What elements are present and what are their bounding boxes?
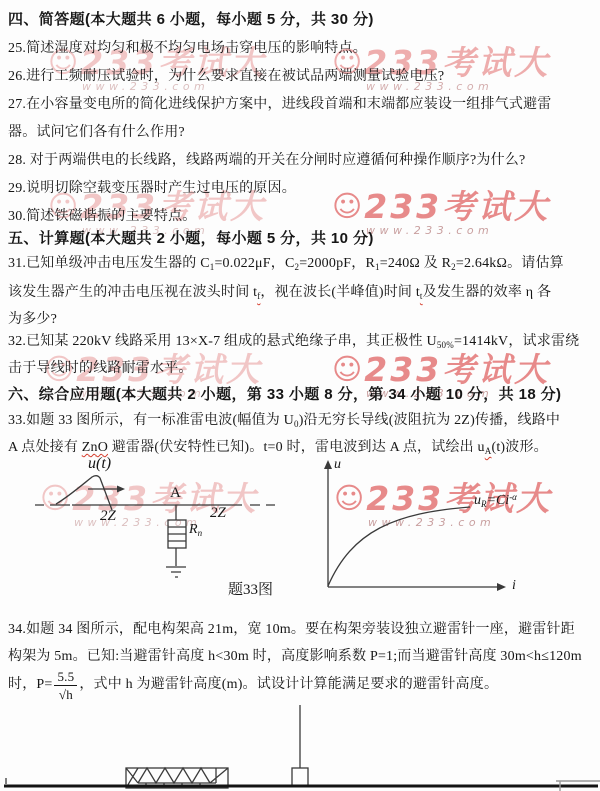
question-32-line-2: 击于导线时的线路耐雷水平。 bbox=[8, 357, 193, 377]
wave-label: u(t) bbox=[88, 455, 111, 473]
question-27-line-2: 器。试问它们各有什么作用? bbox=[8, 121, 185, 141]
arrester-resistor bbox=[168, 520, 186, 566]
question-33-line-2: A 点处接有 ZnO 避雷器(伏安特性已知)。t=0 时，雷电波到达 A 点，试… bbox=[8, 436, 548, 456]
watermark-brand: 233考试大 bbox=[364, 190, 550, 223]
question-25: 25.简述湿度对均匀和极不均匀电场击穿电压的影响特点。 bbox=[8, 37, 367, 57]
question-28: 28. 对于两端供电的长线路，线路两端的开关在分闸时应遵循何种操作顺序?为什么? bbox=[8, 149, 525, 169]
x-axis-label: i bbox=[512, 578, 516, 594]
figure-33-circuit-diagram bbox=[30, 453, 330, 608]
formula-suffix: ，式中 h 为避雷针高度(m)。试设计计算能满足要求的避雷针高度。 bbox=[79, 677, 498, 692]
figure-33-caption: 题33图 bbox=[228, 578, 273, 599]
curve-equation-label: uR=Ci-α bbox=[474, 492, 517, 509]
question-31-line-1: 31.已知单级冲击电压发生器的 C1=0.022μF，C2=2000pF，R1=… bbox=[8, 252, 564, 272]
y-axis-label: u bbox=[334, 457, 341, 473]
question-34-line-1: 34.如题 34 图所示，配电构架高 21m，宽 10m。要在构架旁装设独立避雷… bbox=[8, 618, 575, 638]
question-33-line-1: 33.如题 33 图所示，有一标准雷电波(幅值为 U0)沿无穷长导线(波阻抗为 … bbox=[8, 409, 560, 429]
question-27-line-1: 27.在小容量变电所的简化进线保护方案中，进线段首端和末端都应装设一组排气式避雷 bbox=[8, 93, 552, 113]
question-34-line-3: 时，P=5.5√h，式中 h 为避雷针高度(m)。试设计计算能满足要求的避雷针高… bbox=[8, 670, 498, 701]
formula-prefix: 时，P= bbox=[8, 677, 52, 692]
p-formula-fraction: 5.5√h bbox=[54, 670, 77, 701]
section-4-heading: 四、简答题(本大题共 6 小题，每小题 5 分，共 30 分) bbox=[8, 8, 374, 29]
section-5-heading: 五、计算题(本大题共 2 小题，每小题 5 分，共 10 分) bbox=[8, 227, 374, 248]
question-32-line-1: 32.已知某 220kV 线路采用 13×X-7 组成的悬式绝缘子串，其正极性 … bbox=[8, 330, 579, 350]
arrester-label: Rn bbox=[189, 522, 202, 538]
fraction-denominator: √h bbox=[54, 686, 77, 701]
impedance-right-label: 2Z bbox=[210, 505, 226, 522]
graph-axes bbox=[324, 460, 506, 591]
smiley-icon: ☺ bbox=[332, 355, 362, 384]
vi-curve bbox=[328, 507, 470, 586]
figure-33-graph bbox=[318, 455, 583, 600]
question-34-line-2: 构架为 5m。已知:当避雷针高度 h<30m 时，高度影响系数 P=1;而当避雷… bbox=[8, 645, 582, 665]
question-31-line-2: 该发生器产生的冲击电压视在波头时间 tf，视在波长(半峰值)时间 tt及发生器的… bbox=[8, 281, 551, 301]
smiley-icon: ☺ bbox=[332, 192, 362, 221]
figure-34-diagram bbox=[0, 700, 600, 791]
question-29: 29.说明切除空载变压器时产生过电压的原因。 bbox=[8, 177, 296, 197]
lightning-rod bbox=[292, 705, 308, 786]
question-30: 30.简述铁磁谐振的主要特点。 bbox=[8, 205, 197, 225]
question-31-line-3: 为多少? bbox=[8, 308, 57, 328]
watermark-brand: 233考试大 bbox=[364, 353, 550, 386]
ground-icon bbox=[166, 567, 186, 577]
node-a-label: A bbox=[170, 485, 181, 502]
section-6-heading: 六、综合应用题(本大题共 2 小题，第 33 小题 8 分，第 34 小题 10… bbox=[8, 383, 561, 404]
fraction-numerator: 5.5 bbox=[54, 670, 77, 686]
exam-paper-page: ☺233考试大 www.233.com ☺233考试大 www.233.com … bbox=[0, 0, 600, 791]
question-26: 26.进行工频耐压试验时，为什么要求直接在被试品两端测量试验电压? bbox=[8, 65, 444, 85]
impedance-left-label: 2Z bbox=[100, 508, 116, 525]
